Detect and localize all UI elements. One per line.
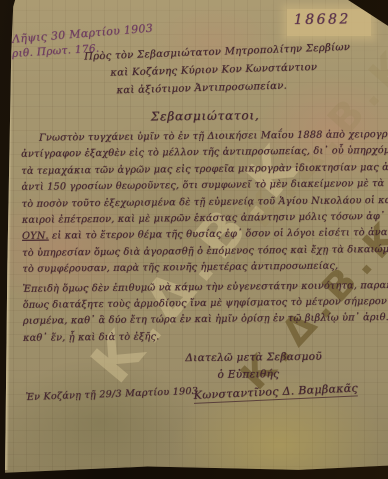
received-date-note: Λῆψις 30 Μαρτίου 1903 xyxy=(12,22,154,46)
body-line: τὸ συμφέρουσαν, παρὰ τῆς κοινῆς ἡμετέρας… xyxy=(22,258,382,278)
recipient-line: καὶ Κοζάνης Κύριον Κον Κωνστάντιον xyxy=(110,62,317,79)
letter-content: 18682 Λῆψις 30 Μαρτίου 1903 Ἀριθ. Πρωτ. … xyxy=(0,0,388,479)
salutation: Σεβασμιώτατοι, xyxy=(151,108,260,123)
recipient-line: Πρὸς τὸν Σεβασμιώτατον Μητροπολίτην Σερβ… xyxy=(84,42,350,63)
body-line: καθ᾽ ἕν, ᾗ καὶ διὰ τὸ ἑξῆς. xyxy=(23,327,383,347)
paper-sheet: Κ.Δ.Β.Κ Κ.Δ.Β.Κ Κ.Δ.Β.Κ 18682 Λῆψις 30 Μ… xyxy=(0,0,388,479)
underlined-word: ΟΥΝ. xyxy=(22,231,49,242)
closing-phrase: ὁ Εὐπειθής xyxy=(217,368,279,381)
closing-phrase: Διατελῶ μετὰ Σεβασμοῦ xyxy=(185,351,322,364)
signature: Κωνσταντῖνος Δ. Βαμβακᾶς xyxy=(193,381,358,403)
scanned-letter-page: Κ.Δ.Β.Κ Κ.Δ.Β.Κ Κ.Δ.Β.Κ 18682 Λῆψις 30 Μ… xyxy=(0,0,388,479)
recipient-line: καὶ ἀξιότιμον Ἀντιπροσωπείαν. xyxy=(116,81,287,97)
letter-body: Γνωστὸν τυγχάνει ὑμῖν τὸ ἐν τῇ Διοικήσει… xyxy=(21,127,383,347)
body-line-text: εἰ καὶ τὸ ἕτερον θέμα τῆς θυσίας ἐφ᾽ ὅσο… xyxy=(49,227,388,242)
registry-number: 18682 xyxy=(294,11,351,28)
dateline: Ἐν Κοζάνῃ τῇ 29/3 Μαρτίου 1903 xyxy=(25,386,198,403)
